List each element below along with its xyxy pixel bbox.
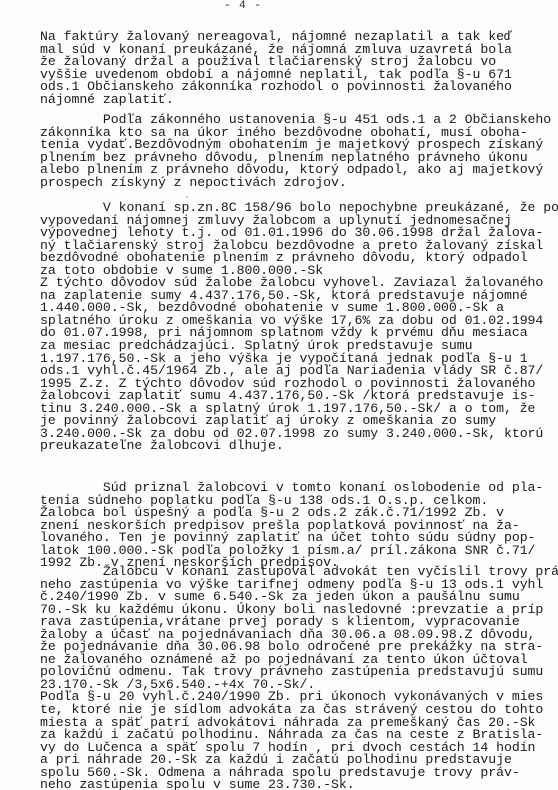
document-page: - 4 - Na faktúry žalovaný nereagoval, ná… — [0, 0, 558, 790]
page-number: - 4 - — [0, 0, 486, 12]
text-line: prospech získyný z nepoctivách zdrojov. — [40, 177, 490, 190]
scan-speck — [186, 196, 188, 198]
scan-speck — [362, 432, 364, 434]
paragraph-court-fee: Súd priznal žalobcovi v tomto konaní osl… — [40, 482, 490, 570]
text-line: preukazateľne žalobcovi dlhuje. — [40, 440, 490, 453]
text-line: nájomné zaplatiť. — [40, 94, 490, 107]
text-line: neho zastúpenia spolu v sume 23.730.-Sk. — [40, 779, 490, 790]
scan-speck — [484, 770, 486, 772]
paragraph-rent-claim: Na faktúry žalovaný nereagoval, nájomné … — [40, 31, 490, 106]
scan-speck — [300, 80, 302, 82]
paragraph-unjust-enrichment-law: Podľa zákonného ustanovenia §-u 451 ods.… — [40, 114, 490, 189]
scan-speck — [520, 332, 522, 334]
paragraph-legal-costs: Žalobcu v konaní zastupoval advokát ten … — [40, 566, 490, 790]
paragraph-proceedings-findings: V konaní sp.zn.8C 158/96 bolo nepochybne… — [40, 202, 490, 453]
